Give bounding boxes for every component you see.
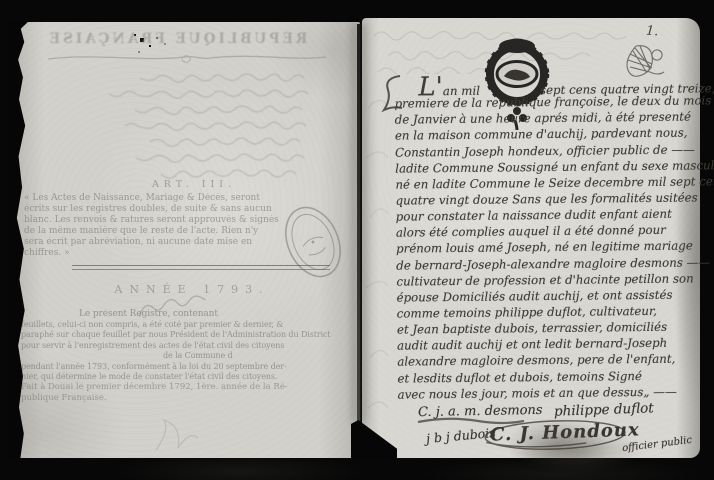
- signature-underline-swash: [416, 416, 526, 426]
- register-paragraph: Le présent Registre, contenant feuillets…: [21, 309, 333, 383]
- fait-line: Fait à Douai le premier décembre 1792, 1…: [21, 382, 333, 393]
- right-page: 1. L'an: [362, 18, 700, 458]
- register-line: paraphé sur chaque feuillet par nous Pré…: [21, 330, 333, 341]
- decorative-swash-icon: [44, 50, 330, 66]
- manuscript-line: alexandre magloire desmons, pere de l'en…: [397, 351, 701, 370]
- faint-bleed-mark: [146, 414, 206, 454]
- book-gutter: [357, 24, 361, 422]
- fait-line: publique Française.: [21, 393, 333, 404]
- archive-stamp-icon: [280, 198, 346, 286]
- register-line: nier, qui détermine le mode de constater…: [21, 372, 333, 383]
- folio-number: 1.: [645, 24, 658, 40]
- register-line: feuillets, celui-ci non compris, a été c…: [21, 320, 333, 331]
- book-scan: RÉPUBLIQUE FRANÇAISE ART. III. « Les Act…: [0, 0, 714, 480]
- register-line: pendant l'année 1793, conformément à la …: [21, 362, 333, 373]
- article-heading: ART. III.: [74, 179, 314, 190]
- manuscript-line: avec nous les jour, mois et an que dessu…: [398, 383, 702, 402]
- register-line: Le présent Registre, contenant: [21, 309, 333, 320]
- register-line: de la Commune d: [21, 351, 333, 362]
- left-page: RÉPUBLIQUE FRANÇAISE ART. III. « Les Act…: [16, 22, 360, 458]
- mirrored-republique-header: RÉPUBLIQUE FRANÇAISE: [46, 31, 308, 47]
- crosshatch-flourish-icon: [622, 40, 672, 82]
- fait-paragraph: Fait à Douai le premier décembre 1792, 1…: [21, 382, 333, 404]
- margin-bleedthrough-marks: [362, 88, 394, 428]
- section-divider-rule: [72, 265, 330, 270]
- register-line: pour servir à l'enregistrement des actes…: [21, 341, 333, 352]
- manuscript-text-block: L'an mil sept cens quatre vingt treize, …: [394, 76, 701, 402]
- mirrored-bleedthrough-script: [54, 68, 310, 184]
